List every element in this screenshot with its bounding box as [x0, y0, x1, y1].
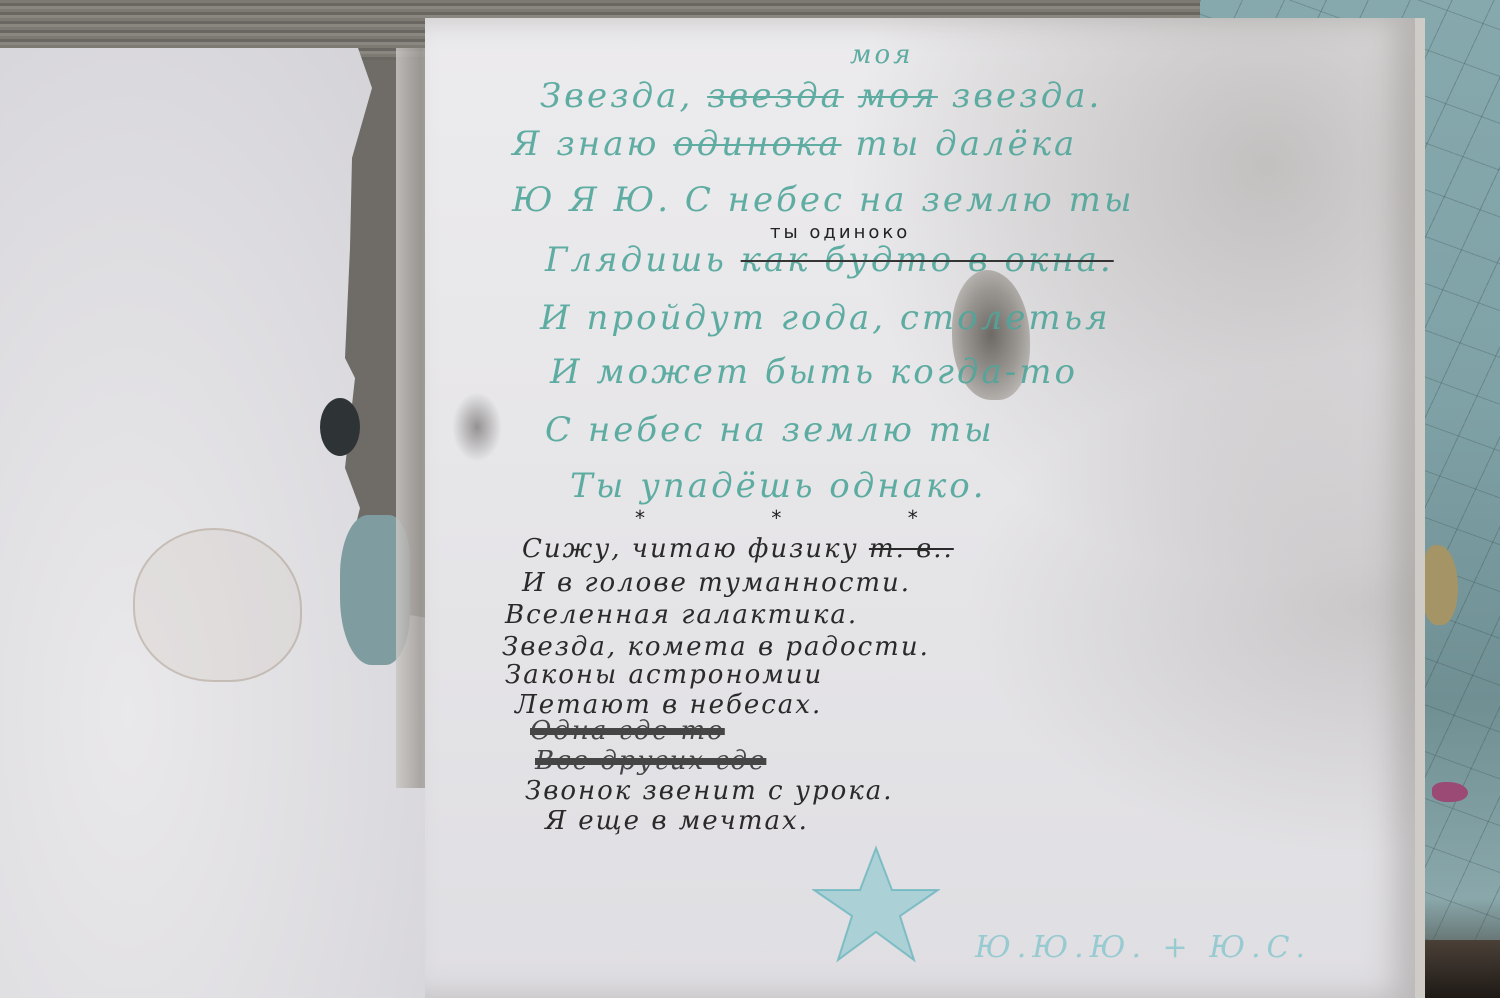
star-icon	[812, 844, 940, 964]
scribbled-line: Все других где	[535, 746, 766, 776]
poem-line-6: И может быть когда-то	[550, 352, 1078, 392]
poem-line-2: Я знаю одинока ты далёка	[512, 124, 1077, 164]
poem-line-3: Ю Я Ю. С небес на землю ты	[512, 180, 1135, 220]
photo-scene: Звезда, звезда моя звезда. моя Я знаю од…	[0, 0, 1500, 998]
poem-line-5: И пройдут года, столетья	[540, 298, 1111, 338]
torn-hole	[320, 398, 360, 456]
water-stain	[133, 528, 302, 682]
poem-line-8: Ты упадёшь однако.	[570, 466, 987, 506]
poem2-line-9: Звонок звенит с урока.	[525, 776, 894, 806]
poem-line-7: С небес на землю ты	[545, 410, 995, 450]
poem2-line-2: И в голове туманности.	[522, 568, 911, 598]
scribbled-line: Одна где-то	[530, 716, 725, 746]
poem-line-1: Звезда, звезда моя звезда.	[540, 76, 1102, 116]
section-separator: * * *	[635, 506, 978, 530]
poem2-line-1: Сижу, читаю физику т. в..	[522, 534, 954, 564]
poem-line-4: Глядишь как будто в окна.	[545, 240, 1114, 280]
signature: Ю.Ю.Ю. + Ю.С.	[975, 930, 1311, 965]
poem2-line-10: Я еще в мечтах.	[545, 806, 809, 836]
ink-smudge	[452, 392, 502, 462]
poem2-line-3: Вселенная галактика.	[505, 600, 858, 630]
poem2-line-4: Звезда, комета в радости.	[502, 632, 930, 662]
inserted-word: моя	[850, 40, 913, 70]
paint-chip	[1432, 782, 1468, 802]
poem2-line-5: Законы астрономии	[505, 660, 823, 690]
